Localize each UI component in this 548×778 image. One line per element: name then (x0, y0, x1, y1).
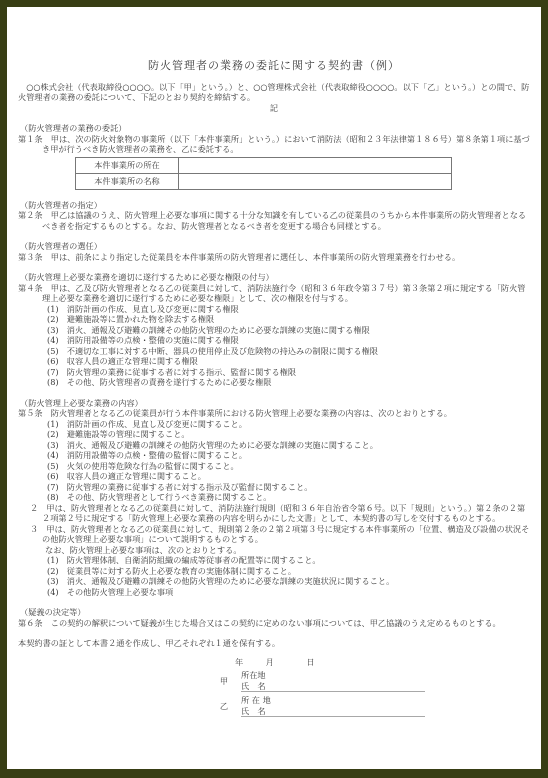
name-line: 氏 名 (241, 681, 425, 693)
list-item: (4) その他防火管理上必要な事項 (18, 587, 530, 598)
list-item: (1) 防火管理体制、自衛消防組織の編成等従事者の配置等に関すること。 (18, 555, 530, 566)
signature-block-otsu: 乙 所 在 地 氏 名 (215, 695, 530, 717)
list-item: (2) 従業員等に対する防火上必要な教育の実施体制に関すること。 (18, 566, 530, 577)
list-item: (1) 消防計画の作成、見直し及び変更に関する権限 (18, 304, 530, 315)
list-item: (3) 消火、通報及び避難の訓練その他防火管理のために必要な訓練の実施に関するこ… (18, 440, 530, 451)
list-item: (1) 消防計画の作成、見直し及び変更に関すること。 (18, 419, 530, 430)
article-6: 第６条 この契約の解釈について疑義が生じた場合又はこの契約に定めのない事項につい… (18, 618, 530, 629)
article-5: 第５条 防火管理者となる乙の従業員が行う本件事業所における防火管理上必要な業務の… (18, 408, 530, 419)
signature-lines: 所 在 地 氏 名 (241, 695, 425, 717)
list-item: (5) 不適切な工事に対する中断、器具の使用停止及び危険物の持込みの制限に関する… (18, 346, 530, 357)
article-1: 第１条 甲は、次の防火対象物の事業所（以下「本件事業所」という。）において消防法… (18, 134, 530, 155)
office-info-table: 本件事業所の所在 本件事業所の名称 (75, 157, 452, 190)
signature-block-kou: 甲 所在地 氏 名 (215, 670, 530, 692)
list-item: (2) 避難施設等の管理に関すること。 (18, 429, 530, 440)
list-item: (8) その他、防火管理者として行うべき業務に関すること。 (18, 492, 530, 503)
closing-paragraph: 本契約書の証として本書２通を作成し、甲乙それぞれ１通を保有する。 (18, 638, 530, 649)
party-label-kou: 甲 (215, 670, 233, 692)
list-item: (8) その他、防火管理者の責務を遂行するために必要な権限 (18, 377, 530, 388)
list-item: (5) 火気の使用等危険な行為の監督に関すること。 (18, 461, 530, 472)
section-heading-duties: （防火管理上必要な業務の内容） (18, 398, 530, 409)
table-value-cell (179, 173, 452, 189)
section-heading-appointment: （防火管理者の選任） (18, 241, 530, 252)
list-item: (6) 収容人員の適正な管理に関すること。 (18, 471, 530, 482)
article-5-paragraph-3: ３ 甲は、防火管理者となる乙の従業員に対して、規則第２条の２第２項第３号に規定す… (18, 524, 530, 545)
article-3: 第３条 甲は、前条により指定した従業員を本件事業所の防火管理者に選任し、本件事業… (18, 252, 530, 263)
article-2: 第２条 甲乙は協議のうえ、防火管理上必要な事項に関する十分な知識を有している乙の… (18, 210, 530, 231)
list-item: (3) 消火、通報及び避難の訓練その他防火管理のために必要な訓練の実施に関する権… (18, 325, 530, 336)
party-label-otsu: 乙 (215, 695, 233, 717)
page-frame: 防火管理者の業務の委託に関する契約書（例） ○○株式会社（代表取締役○○○○。以… (0, 0, 548, 778)
record-mark: 記 (18, 103, 530, 114)
list-item: (7) 防火管理の業務に従事する者に対する指示、監督に関する権限 (18, 367, 530, 378)
section-heading-delegation: （防火管理者の業務の委託） (18, 123, 530, 134)
table-value-cell (179, 157, 452, 173)
contract-document: 防火管理者の業務の委託に関する契約書（例） ○○株式会社（代表取締役○○○○。以… (7, 7, 541, 769)
intro-paragraph: ○○株式会社（代表取締役○○○○。以下「甲」という。）と、○○管理株式会社（代表… (18, 82, 530, 103)
table-row-location: 本件事業所の所在 (76, 157, 452, 173)
document-title: 防火管理者の業務の委託に関する契約書（例） (18, 61, 530, 72)
table-row-name: 本件事業所の名称 (76, 173, 452, 189)
section-heading-authority: （防火管理上必要な業務を適切に遂行するために必要な権限の付与） (18, 272, 530, 283)
list-item: (3) 消火、通報及び避難の訓練その他防火管理のために必要な訓練の実施状況に関す… (18, 576, 530, 587)
table-label-cell: 本件事業所の所在 (76, 157, 179, 173)
section-heading-doubts: （疑義の決定等） (18, 607, 530, 618)
article-5-paragraph-2: ２ 甲は、防火管理者となる乙の従業員に対して、消防法施行規則（昭和３６年自治省令… (18, 503, 530, 524)
list-item: (4) 消防用設備等の点検・整備の監督に関すること。 (18, 450, 530, 461)
date-line: 年 月 日 (215, 657, 530, 668)
list-item: (4) 消防用設備等の点検・整備の実施に関する権限 (18, 335, 530, 346)
signature-area: 年 月 日 甲 所在地 氏 名 乙 所 在 地 氏 名 (215, 657, 530, 718)
list-item: (2) 避難施設等に置かれた物を除去する権限 (18, 314, 530, 325)
address-line: 所在地 (241, 670, 425, 681)
list-item: (6) 収容人員の適正な管理に関する権限 (18, 356, 530, 367)
article-4: 第４条 甲は、乙及び防火管理者となる乙の従業員に対して、消防法施行令（昭和３６年… (18, 283, 530, 304)
table-label-cell: 本件事業所の名称 (76, 173, 179, 189)
name-line: 氏 名 (241, 706, 425, 718)
note-line: なお、防火管理上必要な事項は、次のとおりとする。 (18, 545, 530, 556)
address-line: 所 在 地 (241, 695, 425, 706)
signature-lines: 所在地 氏 名 (241, 670, 425, 692)
list-item: (7) 防火管理の業務に従事する者に対する指示及び監督に関すること。 (18, 482, 530, 493)
section-heading-designation: （防火管理者の指定） (18, 200, 530, 211)
